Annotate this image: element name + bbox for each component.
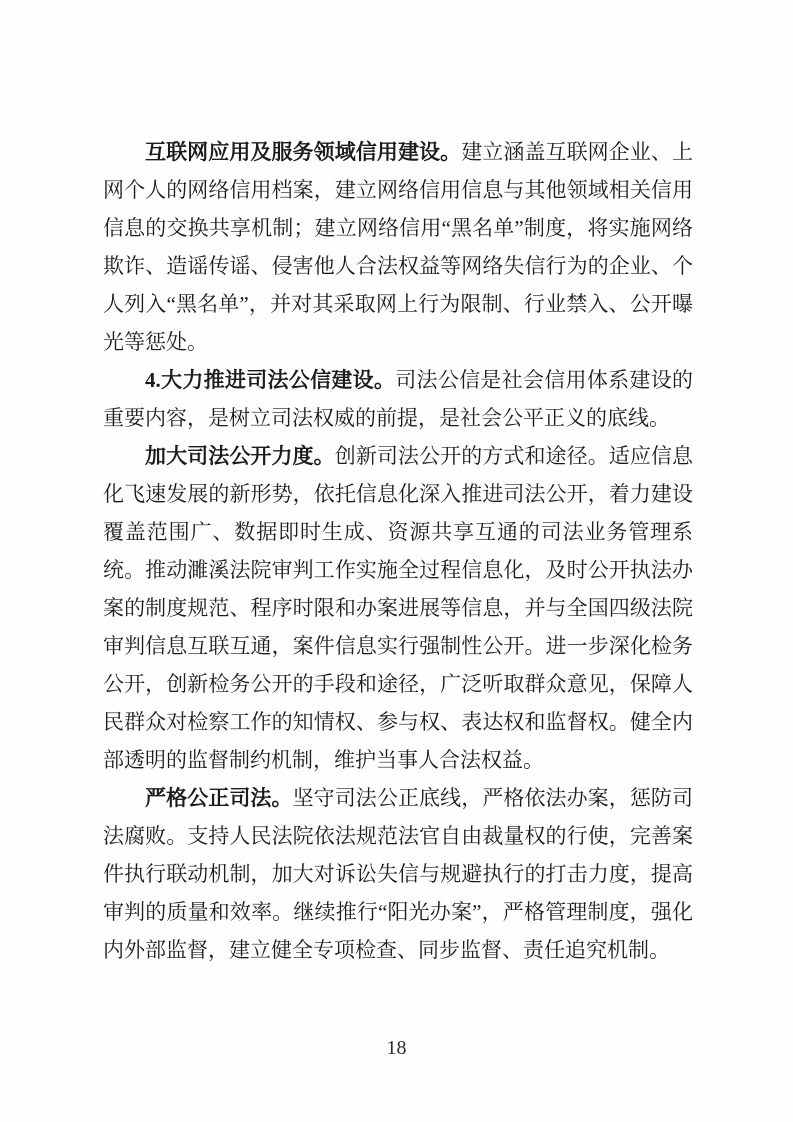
paragraph-lead: 互联网应用及服务领域信用建设。 (145, 140, 461, 164)
paragraph-body: 坚守司法公正底线，严格依法办案，惩防司法腐败。支持人民法院依法规范法官自由裁量权… (103, 786, 693, 962)
page-footer: 18 (0, 1034, 793, 1062)
page-number: 18 (387, 1037, 407, 1059)
paragraph: 加大司法公开力度。创新司法公开的方式和途径。适应信息化飞速发展的新形势，依托信息… (103, 437, 693, 779)
paragraph-body: 建立涵盖互联网企业、上网个人的网络信用档案，建立网络信用信息与其他领域相关信用信… (103, 140, 693, 354)
paragraph-lead: 加大司法公开力度。 (145, 444, 335, 468)
paragraph-body: 创新司法公开的方式和途径。适应信息化飞速发展的新形势，依托信息化深入推进司法公开… (103, 444, 693, 772)
paragraph: 严格公正司法。坚守司法公正底线，严格依法办案，惩防司法腐败。支持人民法院依法规范… (103, 779, 693, 969)
paragraph: 4.大力推进司法公信建设。司法公信是社会信用体系建设的重要内容，是树立司法权威的… (103, 361, 693, 437)
paragraph: 互联网应用及服务领域信用建设。建立涵盖互联网企业、上网个人的网络信用档案，建立网… (103, 133, 693, 361)
paragraph-lead: 严格公正司法。 (145, 786, 293, 810)
paragraph-lead: 4.大力推进司法公信建设。 (145, 368, 395, 392)
document-body: 互联网应用及服务领域信用建设。建立涵盖互联网企业、上网个人的网络信用档案，建立网… (103, 133, 693, 969)
document-page: 互联网应用及服务领域信用建设。建立涵盖互联网企业、上网个人的网络信用档案，建立网… (0, 0, 793, 1122)
